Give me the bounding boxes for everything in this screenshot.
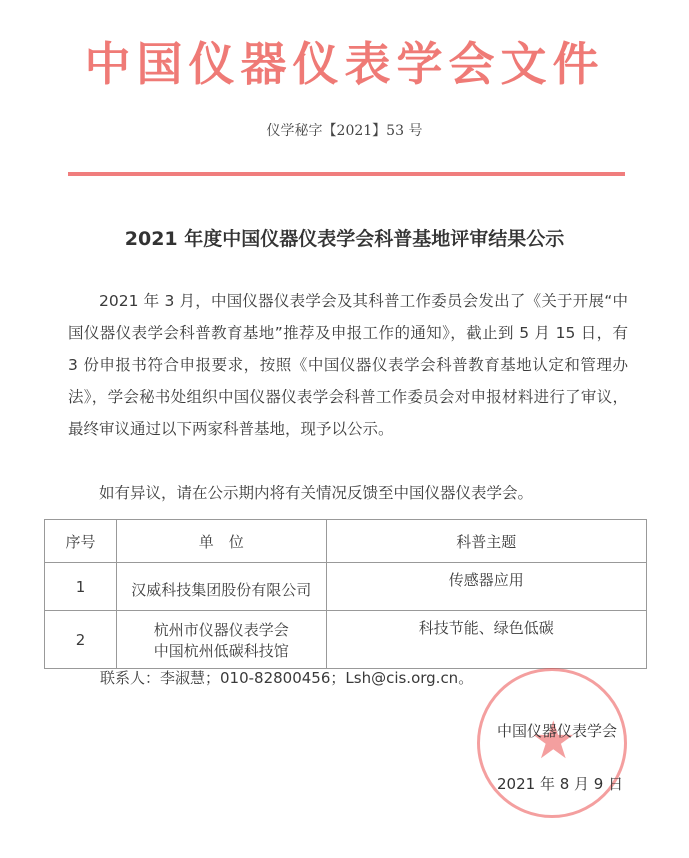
column-header-no: 序号 [45,520,117,563]
unit-line: 杭州市仪器仪表学会 [118,619,325,640]
body-paragraph-2: 如有异议，请在公示期内将有关情况反馈至中国仪器仪表学会。 [68,477,628,509]
table-row: 1 汉威科技集团股份有限公司 传感器应用 [45,563,647,611]
contact-info: 联系人：李淑慧；010-82800456；Lsh@cis.org.cn。 [100,667,473,688]
unit-line: 汉威科技集团股份有限公司 [118,573,325,600]
table-header-row: 序号 单 位 科普主题 [45,520,647,563]
document-masthead: 中国仪器仪表学会文件 [0,28,689,94]
cell-no: 1 [45,563,117,611]
results-table: 序号 单 位 科普主题 1 汉威科技集团股份有限公司 传感器应用 2 杭州市仪器… [44,519,647,669]
cell-topic: 传感器应用 [326,563,646,611]
signature-date: 2021 年 8 月 9 日 [497,773,623,794]
document-number: 仪学秘字【2021】53 号 [0,120,689,140]
red-divider-rule [68,172,625,176]
table-row: 2 杭州市仪器仪表学会 中国杭州低碳科技馆 科技节能、绿色低碳 [45,611,647,669]
cell-no: 2 [45,611,117,669]
unit-line: 中国杭州低碳科技馆 [118,640,325,661]
cell-topic: 科技节能、绿色低碳 [326,611,646,669]
column-header-unit: 单 位 [116,520,326,563]
body-paragraph-1: 2021 年 3 月，中国仪器仪表学会及其科普工作委员会发出了《关于开展“中国仪… [68,285,628,445]
cell-unit: 汉威科技集团股份有限公司 [116,563,326,611]
page-title: 2021 年度中国仪器仪表学会科普基地评审结果公示 [0,224,689,251]
column-header-topic: 科普主题 [326,520,646,563]
official-seal: ★ [477,668,627,818]
signature-organization: 中国仪器仪表学会 [497,720,617,741]
cell-unit: 杭州市仪器仪表学会 中国杭州低碳科技馆 [116,611,326,669]
